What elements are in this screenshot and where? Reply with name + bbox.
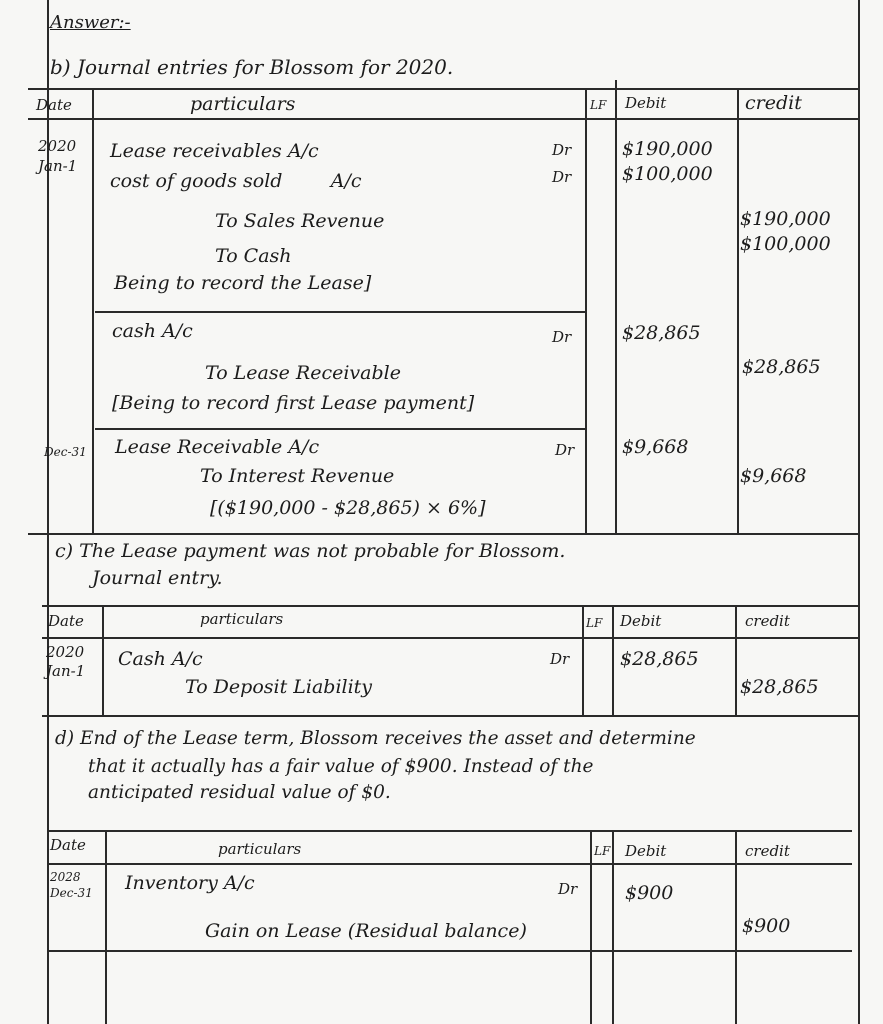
d-line1-dr: Dr [558, 880, 577, 898]
table-d-col-date [105, 830, 107, 1024]
col-header-debit: Debit [625, 94, 666, 112]
entry1-date-year: 2020 [38, 137, 76, 155]
table-b-col-lf [585, 88, 587, 533]
entry1-line4-credit: $100,000 [740, 233, 831, 255]
table-c-header-lf: LF [586, 616, 602, 630]
entry-divider-1 [95, 311, 585, 313]
entry1-line1-account: Lease receivables A/c [110, 140, 319, 162]
table-b-top-border [28, 88, 858, 90]
table-c-col-date [102, 605, 104, 715]
table-c-col-debit [612, 605, 614, 715]
table-c-header-particulars: particulars [200, 610, 283, 628]
entry2-line1-account: cash A/c [112, 320, 193, 342]
col-header-date: Date [36, 96, 72, 114]
entry3-line2-credit: $9,668 [740, 465, 806, 487]
table-d-header-credit: credit [745, 842, 790, 860]
part-b-title: b) Journal entries for Blossom for 2020. [50, 55, 453, 79]
table-d-col-debit [612, 830, 614, 1024]
part-c-title: c) The Lease payment was not probable fo… [55, 540, 565, 562]
table-c-header-debit: Debit [620, 612, 661, 630]
answer-heading: Answer:- [50, 12, 131, 33]
entry3-line1-account: Lease Receivable A/c [115, 436, 319, 458]
part-d-title-line3: anticipated residual value of $0. [88, 782, 391, 803]
entry1-line3-credit: $190,000 [740, 208, 831, 230]
table-d-col-credit [735, 830, 737, 1024]
table-c-bottom-border [42, 715, 858, 717]
table-d-header-divider [47, 863, 852, 865]
part-d-title-line2: that it actually has a fair value of $90… [88, 756, 593, 777]
c-line2-account: To Deposit Liability [185, 676, 372, 698]
d-line1-debit: $900 [625, 882, 673, 904]
c-line1-dr: Dr [550, 650, 569, 668]
table-c-header-date: Date [48, 612, 84, 630]
entry2-line2-account: To Lease Receivable [205, 362, 401, 384]
table-d-header-particulars: particulars [218, 840, 301, 858]
c-line1-account: Cash A/c [118, 648, 203, 670]
entry1-line4-account: To Cash [215, 245, 292, 267]
table-b-bottom-border [28, 533, 858, 535]
table-b-col-credit [737, 88, 739, 533]
table-d-col-lf [590, 830, 592, 1024]
table-d-header-date: Date [50, 836, 86, 854]
entry3-narration: [($190,000 - $28,865) × 6%] [210, 497, 486, 519]
col-header-lf: LF [590, 98, 606, 112]
part-c-subtitle: Journal entry. [92, 567, 223, 589]
d-line2-credit: $900 [742, 915, 790, 937]
entry1-narration: Being to record the Lease] [114, 272, 371, 294]
table-b-col-debit [615, 80, 617, 533]
col-header-particulars: particulars [190, 93, 295, 115]
d-date-year: 2028 [50, 870, 81, 884]
c-date-day: Jan-1 [46, 662, 85, 680]
table-d-top-border [47, 830, 852, 832]
entry1-line2-debit: $100,000 [622, 163, 713, 185]
entry1-line1-debit: $190,000 [622, 138, 713, 160]
c-date-year: 2020 [46, 643, 84, 661]
table-d-header-debit: Debit [625, 842, 666, 860]
col-header-credit: credit [745, 92, 802, 114]
c-line2-credit: $28,865 [740, 676, 819, 698]
entry3-date-day: Dec-31 [44, 445, 87, 459]
table-c-col-credit [735, 605, 737, 715]
entry3-line1-dr: Dr [555, 441, 574, 459]
d-line1-account: Inventory A/c [125, 872, 255, 894]
entry1-line1-dr: Dr [552, 141, 571, 159]
table-b-col-date [92, 88, 94, 533]
table-c-col-lf [582, 605, 584, 715]
entry3-line1-debit: $9,668 [622, 436, 688, 458]
c-line1-debit: $28,865 [620, 648, 699, 670]
entry3-line2-account: To Interest Revenue [200, 465, 394, 487]
entry1-date-day: Jan-1 [38, 157, 77, 175]
entry2-line2-credit: $28,865 [742, 356, 821, 378]
entry2-line1-dr: Dr [552, 328, 571, 346]
d-line2-account: Gain on Lease (Residual balance) [205, 920, 527, 942]
entry-divider-2 [95, 428, 585, 430]
table-c-header-credit: credit [745, 612, 790, 630]
entry2-narration: [Being to record first Lease payment] [112, 392, 474, 414]
entry2-line1-debit: $28,865 [622, 322, 701, 344]
d-date-day: Dec-31 [50, 886, 93, 900]
table-d-header-lf: LF [594, 844, 610, 858]
part-d-title-line1: d) End of the Lease term, Blossom receiv… [55, 728, 696, 749]
entry1-line3-account: To Sales Revenue [215, 210, 384, 232]
page-right-border [858, 0, 860, 1024]
table-b-header-divider [28, 118, 858, 120]
table-d-bottom-border [47, 950, 852, 952]
entry1-line2-dr: Dr [552, 168, 571, 186]
entry1-line2-account: cost of goods sold A/c [110, 170, 362, 192]
